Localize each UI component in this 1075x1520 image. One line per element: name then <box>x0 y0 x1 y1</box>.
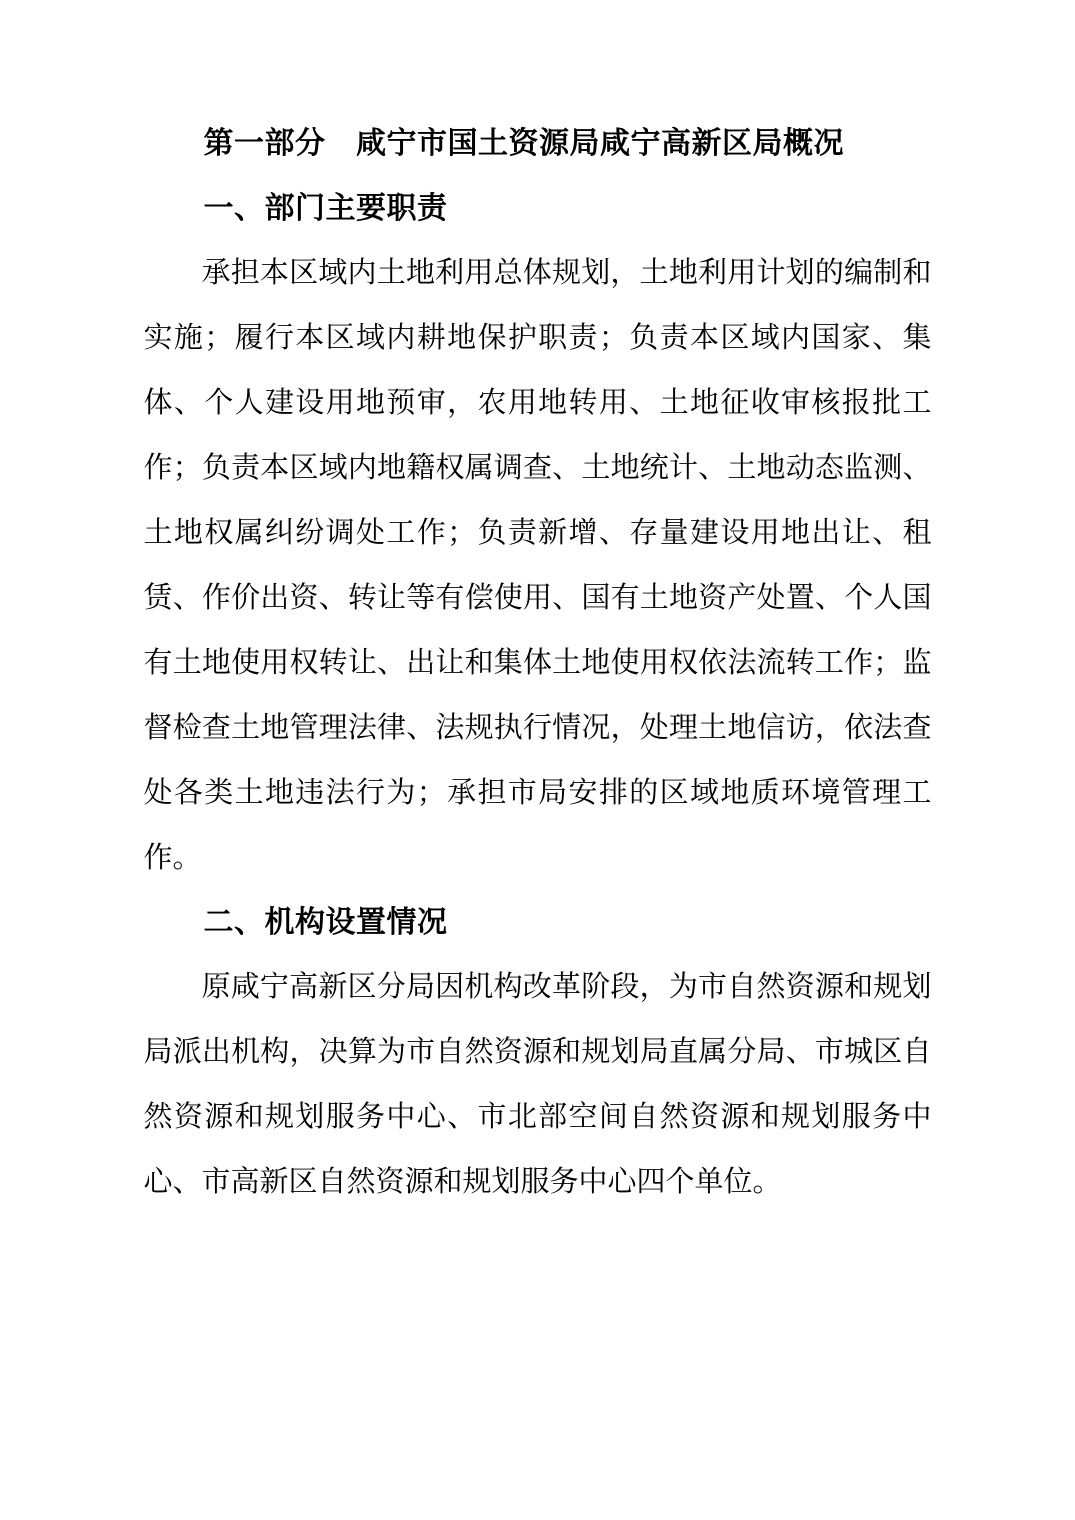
paragraph-main-duties: 承担本区域内土地利用总体规划，土地利用计划的编制和实施；履行本区域内耕地保护职责… <box>144 241 932 891</box>
section-main-duties: 一、部门主要职责 承担本区域内土地利用总体规划，土地利用计划的编制和实施；履行本… <box>144 177 932 891</box>
section-heading-org-setup: 二、机构设置情况 <box>144 891 932 956</box>
document-body: 第一部分 咸宁市国土资源局咸宁高新区局概况 一、部门主要职责 承担本区域内土地利… <box>144 0 932 1215</box>
section-heading-main-duties: 一、部门主要职责 <box>144 177 932 242</box>
section-org-setup: 二、机构设置情况 原咸宁高新区分局因机构改革阶段，为市自然资源和规划局派出机构，… <box>144 891 932 1215</box>
document-title: 第一部分 咸宁市国土资源局咸宁高新区局概况 <box>144 112 932 177</box>
paragraph-org-setup: 原咸宁高新区分局因机构改革阶段，为市自然资源和规划局派出机构，决算为市自然资源和… <box>144 955 932 1215</box>
document-page: 第一部分 咸宁市国土资源局咸宁高新区局概况 一、部门主要职责 承担本区域内土地利… <box>0 0 1075 1520</box>
